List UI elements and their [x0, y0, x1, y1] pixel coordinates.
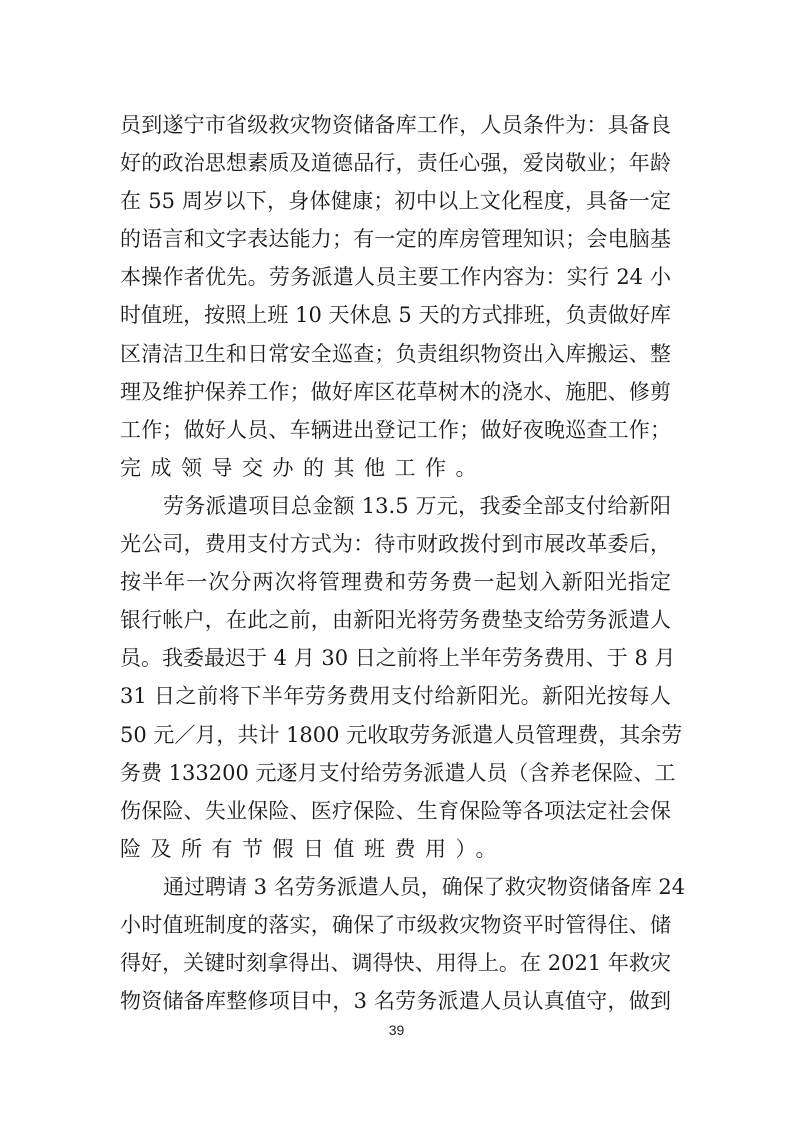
text-line: 50 元／月，共计 1800 元收取劳务派遣人员管理费，其余劳 — [120, 716, 671, 754]
document-page: 员到遂宁市省级救灾物资储备库工作，人员条件为：具备良 好的政治思想素质及道德品行… — [0, 0, 793, 1122]
text-line: 银行帐户，在此之前，由新阳光将劳务费垫支给劳务派遣人 — [120, 601, 671, 639]
text-line: 务费 133200 元逐月支付给劳务派遣人员（含养老保险、工 — [120, 754, 671, 792]
text-line: 区清洁卫生和日常安全巡查；负责组织物资出入库搬运、整 — [120, 335, 671, 373]
text-line: 得好，关键时刻拿得出、调得快、用得上。在 2021 年救灾 — [120, 944, 671, 982]
paragraph-first-line: 通过聘请 3 名劳务派遣人员，确保了救灾物资储备库 24 — [120, 868, 671, 906]
text-line: 理及维护保养工作；做好库区花草树木的浇水、施肥、修剪 — [120, 373, 671, 411]
text-line: 工作；做好人员、车辆进出登记工作；做好夜晚巡查工作； — [120, 411, 671, 449]
body-text: 员到遂宁市省级救灾物资储备库工作，人员条件为：具备良 好的政治思想素质及道德品行… — [120, 106, 671, 1020]
text-line: 本操作者优先。劳务派遣人员主要工作内容为：实行 24 小 — [120, 258, 671, 296]
text-line: 员到遂宁市省级救灾物资储备库工作，人员条件为：具备良 — [120, 106, 671, 144]
text-line: 31 日之前将下半年劳务费用支付给新阳光。新阳光按每人 — [120, 677, 671, 715]
page-number: 39 — [0, 1022, 793, 1038]
text-line: 伤保险、失业保险、医疗保险、生育保险等各项法定社会保 — [120, 792, 671, 830]
text-line: 好的政治思想素质及道德品行，责任心强，爱岗敬业；年龄 — [120, 144, 671, 182]
text-line: 的语言和文字表达能力；有一定的库房管理知识；会电脑基 — [120, 220, 671, 258]
text-line: 员。我委最迟于 4 月 30 日之前将上半年劳务费用、于 8 月 — [120, 639, 671, 677]
paragraph-first-line: 劳务派遣项目总金额 13.5 万元，我委全部支付给新阳 — [120, 487, 671, 525]
text-line: 光公司，费用支付方式为：待市财政拨付到市展改革委后， — [120, 525, 671, 563]
text-line: 时值班，按照上班 10 天休息 5 天的方式排班，负责做好库 — [120, 296, 671, 334]
text-line: 按半年一次分两次将管理费和劳务费一起划入新阳光指定 — [120, 563, 671, 601]
text-line: 小时值班制度的落实，确保了市级救灾物资平时管得住、储 — [120, 906, 671, 944]
text-line: 在 55 周岁以下，身体健康；初中以上文化程度，具备一定 — [120, 182, 671, 220]
text-line: 物资储备库整修项目中，3 名劳务派遣人员认真值守，做到 — [120, 982, 671, 1020]
text-line: 险及所有节假日值班费用）。 — [120, 830, 671, 868]
text-line: 完成领导交办的其他工作。 — [120, 449, 671, 487]
